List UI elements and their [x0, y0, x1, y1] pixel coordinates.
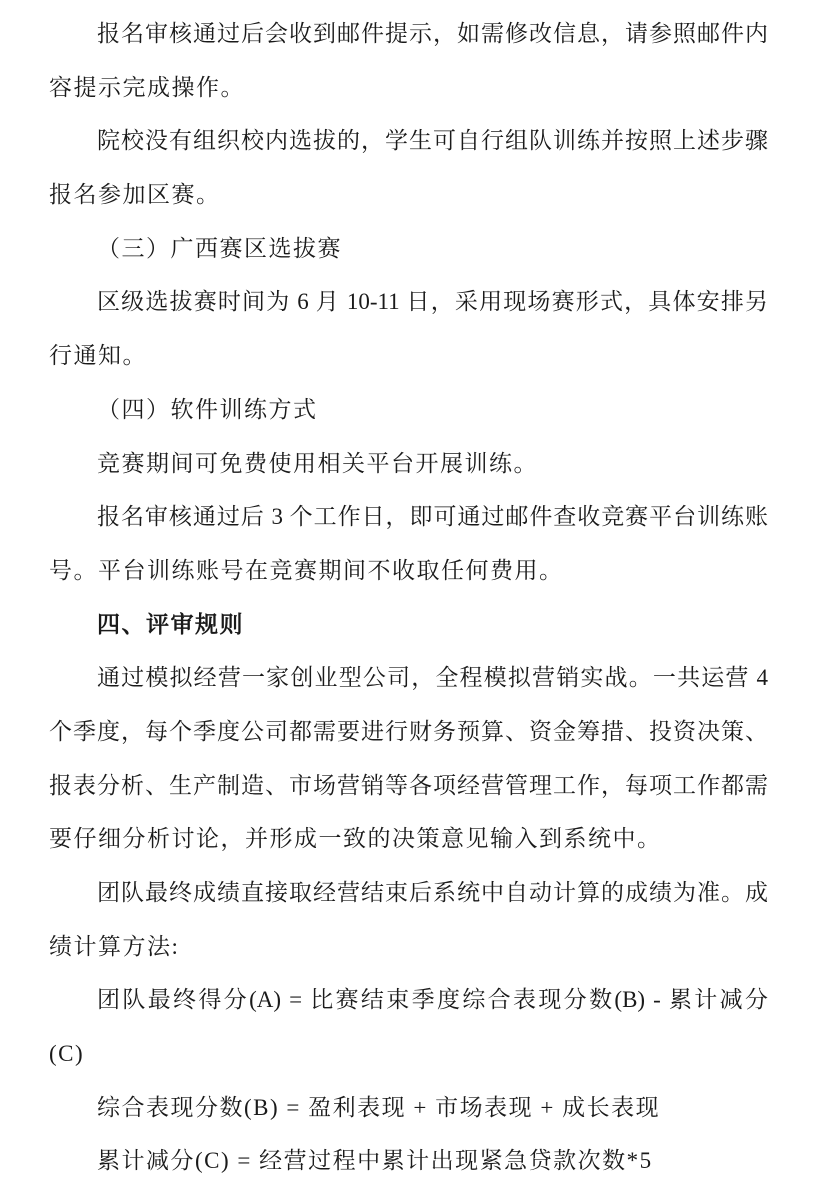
- text-line: 院校没有组织校内选拔的，学生可自行组队训练并按照上述步骤: [49, 114, 768, 168]
- text-line: 区级选拔赛时间为 6 月 10-11 日，采用现场赛形式，具体安排另: [49, 275, 768, 329]
- text-line: 行通知。: [49, 329, 768, 383]
- text-line: 报名审核通过后会收到邮件提示，如需修改信息，请参照邮件内: [49, 7, 768, 61]
- document-body: 报名审核通过后会收到邮件提示，如需修改信息，请参照邮件内容提示完成操作。院校没有…: [49, 7, 768, 1188]
- text-line: 团队最终成绩直接取经营结束后系统中自动计算的成绩为准。成: [49, 866, 768, 920]
- text-line: 号。平台训练账号在竞赛期间不收取任何费用。: [49, 544, 768, 598]
- text-line: 累计减分(C) = 经营过程中累计出现紧急贷款次数*5: [49, 1134, 768, 1188]
- text-line: （三）广西赛区选拔赛: [49, 222, 768, 276]
- text-line: 绩计算方法:: [49, 920, 768, 974]
- text-line: （四）软件训练方式: [49, 383, 768, 437]
- text-line: 团队最终得分(A) = 比赛结束季度综合表现分数(B) - 累计减分: [49, 973, 768, 1027]
- text-line: 容提示完成操作。: [49, 61, 768, 115]
- text-line: 通过模拟经营一家创业型公司，全程模拟营销实战。一共运营 4: [49, 651, 768, 705]
- text-line: 个季度，每个季度公司都需要进行财务预算、资金筹措、投资决策、: [49, 705, 768, 759]
- document-page: 报名审核通过后会收到邮件提示，如需修改信息，请参照邮件内容提示完成操作。院校没有…: [0, 0, 815, 1200]
- text-line: 报表分析、生产制造、市场营销等各项经营管理工作，每项工作都需: [49, 759, 768, 813]
- text-line: (C): [49, 1027, 768, 1081]
- section-heading: 四、评审规则: [49, 598, 768, 652]
- text-line: 要仔细分析讨论，并形成一致的决策意见输入到系统中。: [49, 812, 768, 866]
- text-line: 报名审核通过后 3 个工作日，即可通过邮件查收竞赛平台训练账: [49, 490, 768, 544]
- text-line: 报名参加区赛。: [49, 168, 768, 222]
- text-line: 综合表现分数(B) = 盈利表现 + 市场表现 + 成长表现: [49, 1081, 768, 1135]
- text-line: 竞赛期间可免费使用相关平台开展训练。: [49, 437, 768, 491]
